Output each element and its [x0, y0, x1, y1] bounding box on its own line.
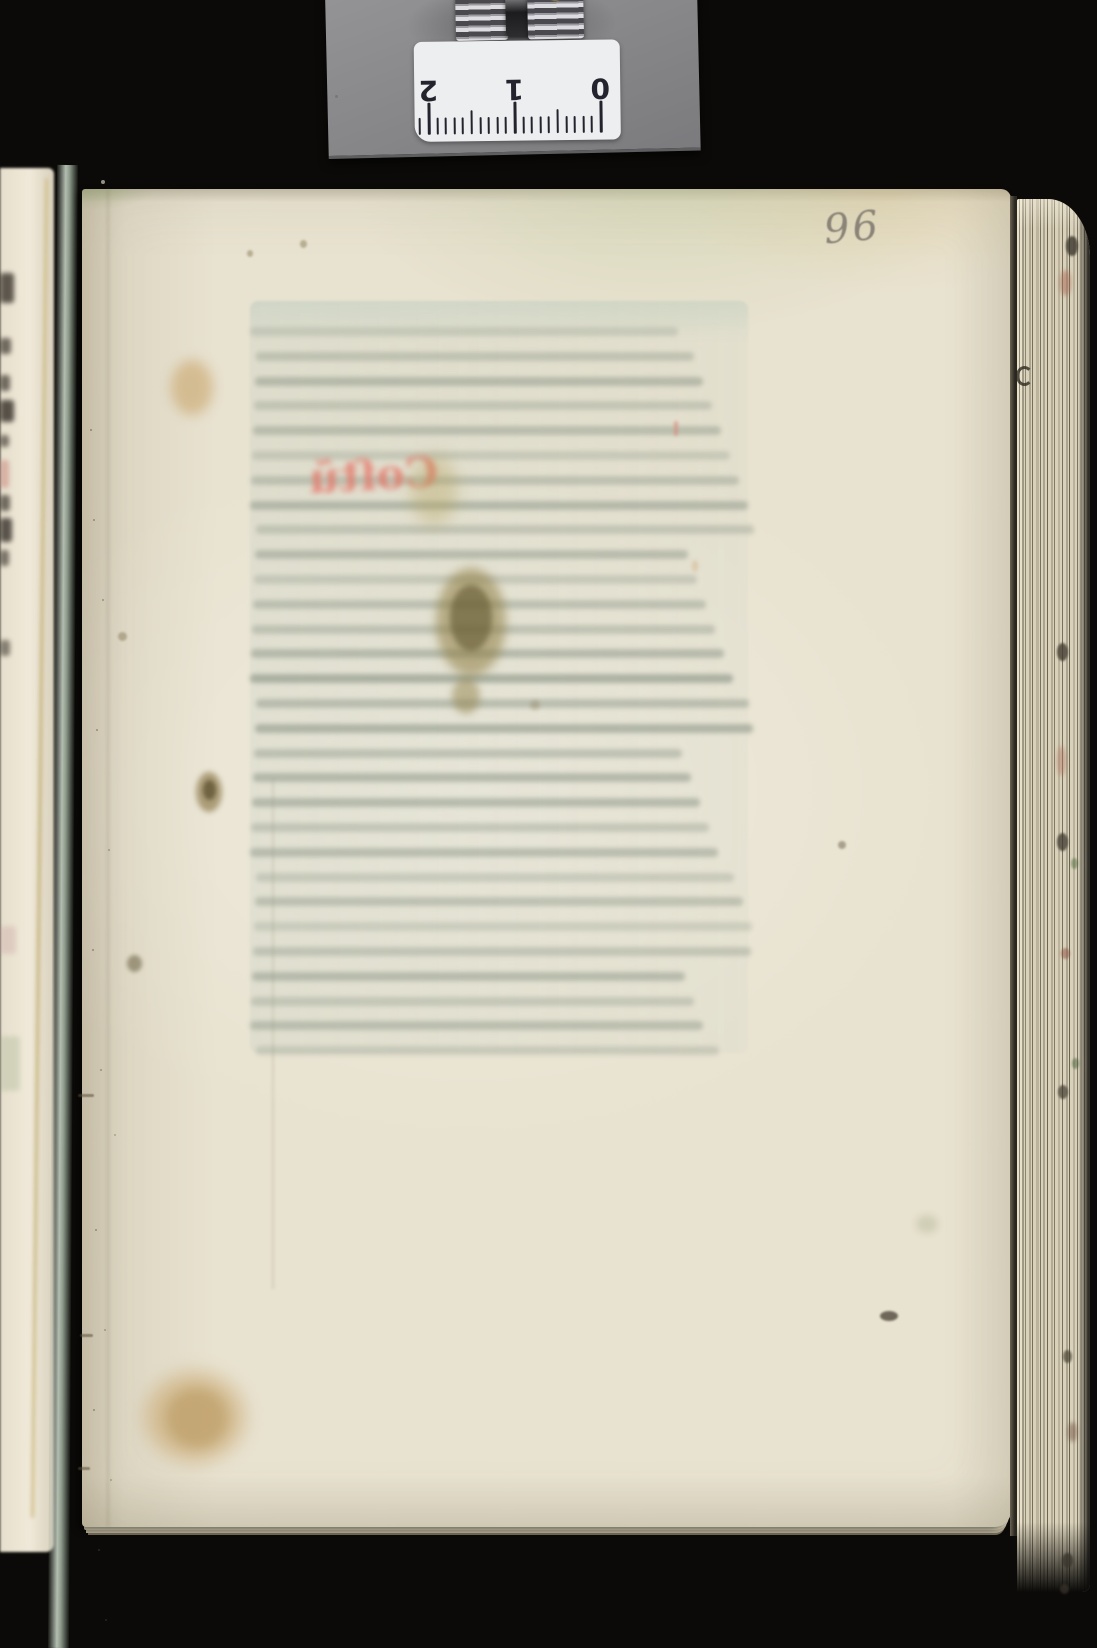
- ruler-tick: [513, 102, 516, 134]
- fore-edge-mark: [1057, 833, 1068, 851]
- stain: [171, 360, 213, 415]
- page-gap-shadow: [1010, 196, 1017, 1536]
- ruler-tick: [471, 110, 473, 134]
- ruler-tick: [591, 116, 593, 133]
- showthrough-line: [253, 947, 751, 956]
- facing-page-edge: [31, 178, 48, 1518]
- fore-edge-mark: [1066, 236, 1078, 256]
- page-edge-line: [1036, 199, 1039, 1592]
- fore-edge-mark: [1071, 858, 1078, 869]
- sewing-stitch: [80, 1334, 93, 1337]
- showthrough-line: [254, 922, 752, 931]
- stain: [450, 585, 492, 651]
- page-edge-line: [1054, 199, 1055, 1592]
- stain: [880, 1311, 898, 1321]
- ruler-tick: [436, 118, 438, 135]
- showthrough-lines: [250, 327, 748, 1055]
- showthrough-line: [256, 525, 754, 534]
- page-edge-line: [1077, 199, 1078, 1592]
- facing-text-fragment: [0, 435, 9, 447]
- facing-text-fragment: [0, 550, 9, 566]
- fore-edge-mark: [1058, 1085, 1068, 1099]
- page-edge-line: [1084, 199, 1085, 1592]
- page-edge-line: [1062, 199, 1063, 1592]
- showthrough-line: [252, 972, 685, 981]
- page-edge-line: [1058, 199, 1060, 1592]
- stain: [127, 955, 142, 972]
- page-edge-line: [1025, 199, 1026, 1592]
- ruler-tick: [453, 117, 455, 134]
- page-edge-line: [1051, 199, 1053, 1592]
- facing-text-fragment: [0, 338, 11, 354]
- showthrough-line: [250, 327, 678, 336]
- stain: [410, 455, 458, 525]
- page-edge-line: [1087, 199, 1089, 1592]
- stain: [247, 250, 253, 257]
- ruler-tick: [557, 109, 559, 133]
- binder-clip-icon: [455, 0, 584, 43]
- dust-speck: [335, 95, 338, 98]
- facing-text-fragment: [0, 375, 10, 391]
- facing-text-fragment: [0, 495, 10, 511]
- facing-text-fragment: [0, 460, 9, 488]
- page-edge-line: [1029, 199, 1031, 1592]
- manuscript-photo: Coſtũ 96 012: [0, 0, 1097, 1648]
- showthrough-line: [254, 749, 682, 758]
- showthrough-line: [251, 997, 694, 1006]
- ruler-tick: [488, 117, 490, 134]
- manuscript-page: Coſtũ 96: [82, 189, 1011, 1527]
- page-edge-line: [1022, 199, 1024, 1592]
- showthrough-line: [256, 873, 734, 882]
- red-ink-fleck: [674, 421, 678, 436]
- facing-text-fragment: [0, 640, 10, 656]
- showthrough-line: [252, 798, 700, 807]
- showthrough-line: [250, 848, 718, 857]
- ruler-tick: [574, 116, 576, 133]
- gutter-crease: [107, 189, 109, 1527]
- clip-rib-left: [455, 0, 508, 41]
- fore-edge-mark: [1062, 1553, 1073, 1568]
- showthrough-line: [250, 1021, 703, 1030]
- fore-edge-mark: [1072, 1058, 1079, 1069]
- stain: [530, 700, 540, 710]
- ruler-tick: [539, 116, 541, 133]
- stain: [300, 240, 307, 248]
- sewing-stitch: [78, 1094, 94, 1097]
- dust-speck: [101, 180, 105, 184]
- ruler-tick: [445, 118, 447, 135]
- ruler-tick: [462, 117, 464, 134]
- fore-edge-mark: [1068, 1422, 1077, 1442]
- showthrough-line: [255, 377, 703, 386]
- showthrough-text-block: Coſtũ: [250, 301, 748, 1053]
- showthrough-line: [254, 401, 712, 410]
- page-edge-line: [1040, 199, 1041, 1592]
- fore-edge-mark: [1057, 643, 1068, 661]
- showthrough-line: [256, 1046, 719, 1055]
- stain: [916, 1215, 938, 1233]
- showthrough-line: [256, 352, 694, 361]
- ruler-tick: [496, 117, 498, 134]
- stain: [166, 1388, 228, 1448]
- fore-edge-stack: [1017, 199, 1090, 1592]
- showthrough-line: [250, 674, 733, 683]
- page-edge-line: [1069, 199, 1070, 1592]
- stain: [118, 632, 127, 641]
- ruler-tick: [419, 118, 421, 135]
- showthrough-line: [255, 550, 688, 559]
- ruler-ticks: [414, 39, 620, 42]
- scale-card: 012: [325, 0, 701, 159]
- page-edge-line: [1019, 199, 1020, 1592]
- ruler-tick: [565, 116, 567, 133]
- ruler-tick: [505, 117, 507, 134]
- showthrough-line: [256, 699, 749, 708]
- fore-edge-mark: [1063, 1350, 1072, 1363]
- ruler-tick: [479, 117, 481, 134]
- ruler-sticker: 012: [414, 39, 621, 142]
- page-edge-line: [1043, 199, 1045, 1592]
- showthrough-line: [251, 823, 709, 832]
- showthrough-line: [255, 724, 753, 733]
- folio-number: 96: [822, 203, 883, 254]
- stain: [692, 560, 698, 572]
- page-edge-line: [1073, 199, 1075, 1592]
- ruler-tick: [427, 103, 430, 135]
- fore-edge-mark: [1061, 948, 1070, 959]
- facing-text-fragment: [0, 926, 16, 954]
- fore-edge-mark: [1057, 746, 1066, 776]
- facing-text-fragment: [0, 400, 14, 422]
- fore-edge-mark: [1060, 270, 1071, 296]
- ink-hook-mark: [1016, 366, 1033, 386]
- ruler-tick: [582, 116, 584, 133]
- stain: [838, 841, 846, 849]
- stain: [203, 780, 216, 800]
- facing-text-fragment: [0, 518, 12, 542]
- ruler-tick: [599, 101, 602, 133]
- sewing-stitch: [78, 1467, 90, 1470]
- ruler-tick: [522, 117, 524, 134]
- ruler-tick: [548, 116, 550, 133]
- ruler-tick: [531, 116, 533, 133]
- showthrough-line: [253, 426, 721, 435]
- page-edge-line: [1066, 199, 1068, 1592]
- facing-page: [0, 168, 54, 1552]
- showthrough-line: [253, 773, 691, 782]
- page-edge-line: [1032, 199, 1033, 1592]
- page-edge-line: [1047, 199, 1048, 1592]
- fore-edge-mark: [1060, 1584, 1069, 1594]
- page-edge-line: [1080, 199, 1082, 1592]
- stain: [452, 678, 480, 714]
- facing-text-fragment: [0, 273, 14, 303]
- showthrough-line: [255, 897, 743, 906]
- facing-text-fragment: [0, 1036, 20, 1091]
- clip-rib-right: [527, 0, 584, 39]
- gutter-specks: [90, 429, 92, 431]
- ruler-numbers: 012: [414, 39, 620, 42]
